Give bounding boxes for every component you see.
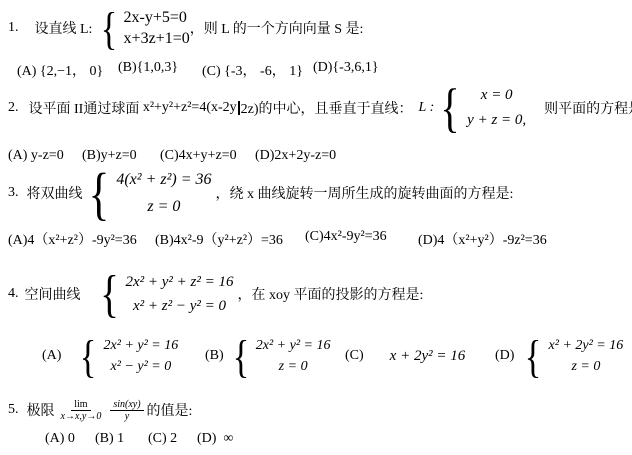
equations: x = 0 y + z = 0, bbox=[463, 83, 530, 133]
q3-option-a: (A)4（x²+z²）-9y²=36 bbox=[8, 229, 137, 249]
question-2-number: 2. bbox=[8, 100, 19, 116]
fraction: sin(xy) y bbox=[110, 399, 143, 422]
q4-option-c: (C) x + 2y² = 16 bbox=[345, 326, 465, 386]
question-4-number: 4. bbox=[8, 286, 19, 302]
fraction-numerator: sin(xy) bbox=[110, 399, 143, 411]
equation-line: 2x² + y² + z² = 16 bbox=[121, 270, 237, 294]
document-page[interactable]: 1. 设直线 L: { 2x-y+5=0 x+3z+1=0 ，则 L 的一个方向… bbox=[0, 0, 632, 455]
equation-line: 4(x² + z²) = 36 bbox=[112, 166, 215, 193]
q1-option-a: (A) {2,−1， 0} bbox=[17, 60, 103, 80]
question-1: 1. 设直线 L: { 2x-y+5=0 x+3z+1=0 ，则 L 的一个方向… bbox=[8, 2, 363, 54]
left-brace: { bbox=[525, 334, 542, 378]
q3-option-d: (D)4（x²+y²）-9z²=36 bbox=[418, 229, 547, 249]
question-4-equation-system: { 2x² + y² + z² = 16 x² + z² − y² = 0 bbox=[97, 269, 238, 319]
equations: x² + 2y² = 16 z = 0 bbox=[545, 335, 628, 377]
equation-line: 2x² + y² = 16 bbox=[100, 335, 183, 356]
question-4-tail: ，在 xoy 平面的投影的方程是: bbox=[237, 284, 423, 304]
left-brace: { bbox=[100, 269, 119, 319]
left-brace: { bbox=[440, 82, 459, 134]
question-1-lead: 设直线 L: bbox=[35, 18, 93, 38]
q5-option-d: (D) ∞ bbox=[197, 431, 233, 447]
line-label: L : bbox=[419, 100, 435, 116]
equations: 2x² + y² = 16 x² − y² = 0 bbox=[100, 335, 183, 377]
question-4-lead: 空间曲线 bbox=[25, 284, 81, 304]
q5-option-a: (A) 0 bbox=[45, 431, 75, 447]
equation-line: x+3z+1=0 bbox=[121, 28, 190, 49]
question-3-equation-system: { 4(x² + z²) = 36 z = 0 bbox=[85, 165, 216, 221]
equations: 2x² + y² = 16 z = 0 bbox=[252, 335, 335, 377]
left-brace: { bbox=[80, 334, 97, 378]
q1-option-c: (C) {-3， -6， 1} bbox=[202, 60, 303, 80]
question-4: 4. 空间曲线 { 2x² + y² + z² = 16 x² + z² − y… bbox=[8, 266, 423, 322]
equation-line: 2x-y+5=0 bbox=[121, 7, 187, 28]
left-brace: { bbox=[88, 165, 109, 221]
question-3-lead: 将双曲线 bbox=[27, 183, 83, 203]
equation-line: y + z = 0, bbox=[463, 108, 530, 133]
option-equation-system: { x² + 2y² = 16 z = 0 bbox=[522, 334, 627, 378]
q4-option-b: (B) { 2x² + y² = 16 z = 0 bbox=[205, 326, 334, 386]
limit-notation: lim x→x,y→0 bbox=[58, 399, 105, 422]
question-1-tail: ，则 L 的一个方向向量 S 是: bbox=[190, 18, 364, 38]
q1-option-b: (B){1,0,3} bbox=[118, 60, 178, 76]
q3-option-b: (B)4x²-9（y²+z²）=36 bbox=[155, 229, 283, 249]
option-label: (A) bbox=[42, 348, 61, 364]
q4-option-d: (D) { x² + 2y² = 16 z = 0 bbox=[495, 326, 627, 386]
equation-line: z = 0 bbox=[275, 356, 312, 377]
limit-operator: lim bbox=[71, 399, 90, 411]
equation-line: 2x² + y² = 16 bbox=[252, 335, 335, 356]
question-5: 5. 极限 lim x→x,y→0 sin(xy) y 的值是: bbox=[8, 392, 192, 428]
question-5-number: 5. bbox=[8, 402, 19, 418]
option-label: (D) bbox=[495, 348, 514, 364]
question-2: 2. 设平面 II通过球面 x²+y²+z²=4(x-2y 2z)的中心，且垂直… bbox=[8, 78, 632, 138]
text-cursor-caret[interactable] bbox=[238, 101, 240, 115]
left-brace: { bbox=[101, 6, 118, 50]
equation-line: z = 0 bbox=[567, 356, 604, 377]
option-label: (B) bbox=[205, 348, 224, 364]
option-label: (C) bbox=[345, 348, 364, 364]
q3-option-c: (C)4x²-9y²=36 bbox=[305, 229, 387, 245]
question-3-tail: ，绕 x 曲线旋转一周所生成的旋转曲面的方程是: bbox=[216, 183, 514, 203]
equation-line: z = 0 bbox=[143, 193, 184, 220]
q1-option-d: (D){-3,6,1} bbox=[313, 60, 379, 76]
option-formula: x + 2y² = 16 bbox=[390, 348, 466, 365]
equation-line: x² + z² − y² = 0 bbox=[129, 294, 230, 318]
option-equation-system: { 2x² + y² = 16 z = 0 bbox=[230, 334, 335, 378]
question-1-equation-system: { 2x-y+5=0 x+3z+1=0 bbox=[98, 6, 189, 50]
limit-subscript: x→x,y→0 bbox=[58, 411, 105, 422]
equation-line: x = 0 bbox=[477, 83, 517, 108]
left-brace: { bbox=[232, 334, 249, 378]
equation-line: x² − y² = 0 bbox=[107, 356, 176, 377]
question-2-lead: 设平面 II通过球面 bbox=[29, 98, 143, 118]
sphere-equation-after: 2z)的中心，且垂直于直线： bbox=[241, 98, 413, 118]
equations: 2x² + y² + z² = 16 x² + z² − y² = 0 bbox=[121, 270, 237, 318]
option-equation-system: { 2x² + y² = 16 x² − y² = 0 bbox=[77, 334, 182, 378]
question-2-tail: 则平面的方程是: bbox=[544, 98, 632, 118]
question-1-number: 1. bbox=[8, 20, 19, 36]
question-3: 3. 将双曲线 { 4(x² + z²) = 36 z = 0 ，绕 x 曲线旋… bbox=[8, 162, 513, 224]
q5-option-c: (C) 2 bbox=[148, 431, 177, 447]
q5-option-b: (B) 1 bbox=[95, 431, 124, 447]
equations: 4(x² + z²) = 36 z = 0 bbox=[112, 166, 215, 220]
equations: 2x-y+5=0 x+3z+1=0 bbox=[121, 7, 190, 49]
question-5-lead: 极限 bbox=[27, 400, 55, 420]
question-2-equation-system: { x = 0 y + z = 0, bbox=[437, 82, 530, 134]
question-5-tail: 的值是: bbox=[147, 400, 193, 420]
question-3-number: 3. bbox=[8, 185, 19, 201]
fraction-denominator: y bbox=[122, 411, 132, 422]
equation-line: x² + 2y² = 16 bbox=[545, 335, 628, 356]
sphere-equation-before: x²+y²+z²=4(x-2y bbox=[143, 100, 237, 116]
q4-option-a: (A) { 2x² + y² = 16 x² − y² = 0 bbox=[42, 326, 182, 386]
